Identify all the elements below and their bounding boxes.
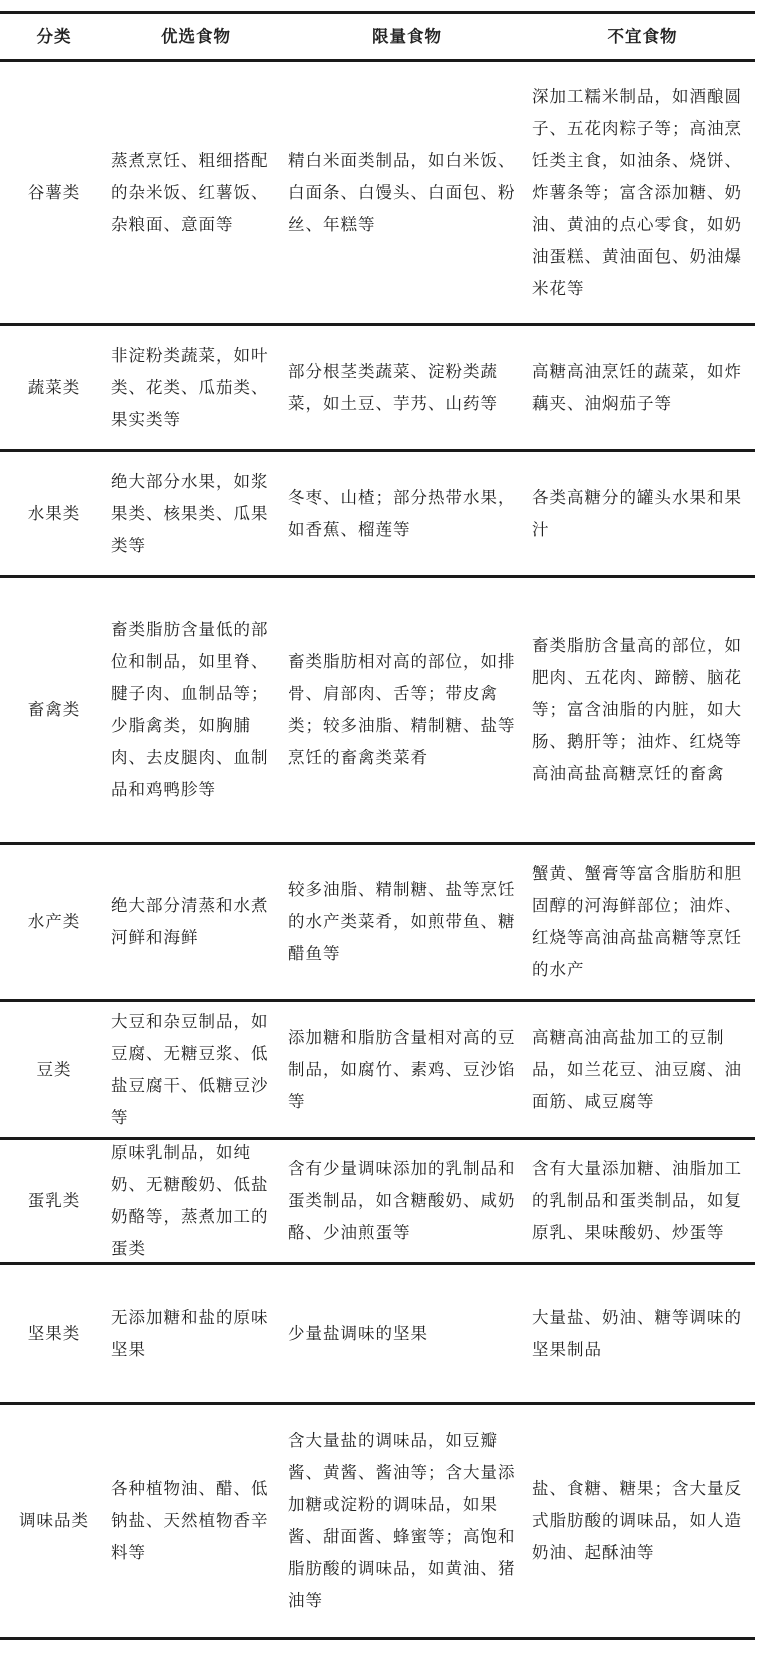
avoid-cell: 高糖高油烹饪的蔬菜，如炸藕夹、油焖茄子等 <box>530 356 755 420</box>
limited-cell: 少量盐调味的坚果 <box>284 1318 530 1350</box>
preferred-cell: 绝大部分清蒸和水煮河鲜和海鲜 <box>108 890 284 954</box>
avoid-cell: 蟹黄、蟹膏等富含脂肪和胆固醇的河海鲜部位；油炸、红烧等高油高盐高糖等烹饪的水产 <box>530 858 755 986</box>
category-cell: 谷薯类 <box>0 177 108 209</box>
header-category: 分类 <box>0 21 108 53</box>
avoid-cell: 深加工糯米制品，如酒酿圆子、五花肉粽子等；高油烹饪类主食，如油条、烧饼、炸薯条等… <box>530 81 755 305</box>
category-cell: 调味品类 <box>0 1505 108 1537</box>
limited-cell: 冬枣、山楂；部分热带水果，如香蕉、榴莲等 <box>284 482 530 546</box>
header-avoid: 不宜食物 <box>530 21 755 53</box>
limited-cell: 畜类脂肪相对高的部位，如排骨、肩部肉、舌等；带皮禽类；较多油脂、精制糖、盐等烹饪… <box>284 646 530 774</box>
limited-cell: 添加糖和脂肪含量相对高的豆制品，如腐竹、素鸡、豆沙馅等 <box>284 1022 530 1118</box>
avoid-cell: 畜类脂肪含量高的部位，如肥肉、五花肉、蹄髈、脑花等；富含油脂的内脏，如大肠、鹅肝… <box>530 630 755 790</box>
preferred-cell: 原味乳制品，如纯奶、无糖酸奶、低盐奶酪等，蒸煮加工的蛋类 <box>108 1137 284 1265</box>
food-guide-table: 分类 优选食物 限量食物 不宜食物 谷薯类蒸煮烹饪、粗细搭配的杂米饭、红薯饭、杂… <box>0 11 755 1640</box>
category-cell: 蔬菜类 <box>0 372 108 404</box>
header-limited: 限量食物 <box>284 21 530 53</box>
table-row: 豆类大豆和杂豆制品，如豆腐、无糖豆浆、低盐豆腐干、低糖豆沙等添加糖和脂肪含量相对… <box>0 1002 755 1140</box>
table-row: 蔬菜类非淀粉类蔬菜，如叶类、花类、瓜茄类、果实类等部分根茎类蔬菜、淀粉类蔬菜，如… <box>0 326 755 452</box>
header-preferred: 优选食物 <box>108 21 284 53</box>
avoid-cell: 含有大量添加糖、油脂加工的乳制品和蛋类制品，如复原乳、果味酸奶、炒蛋等 <box>530 1153 755 1249</box>
preferred-cell: 各种植物油、醋、低钠盐、天然植物香辛料等 <box>108 1473 284 1569</box>
avoid-cell: 高糖高油高盐加工的豆制品，如兰花豆、油豆腐、油面筋、咸豆腐等 <box>530 1022 755 1118</box>
limited-cell: 精白米面类制品，如白米饭、白面条、白馒头、白面包、粉丝、年糕等 <box>284 145 530 241</box>
limited-cell: 含有少量调味添加的乳制品和蛋类制品，如含糖酸奶、咸奶酪、少油煎蛋等 <box>284 1153 530 1249</box>
preferred-cell: 绝大部分水果，如浆果类、核果类、瓜果类等 <box>108 466 284 562</box>
limited-cell: 部分根茎类蔬菜、淀粉类蔬菜，如土豆、芋艿、山药等 <box>284 356 530 420</box>
preferred-cell: 大豆和杂豆制品，如豆腐、无糖豆浆、低盐豆腐干、低糖豆沙等 <box>108 1006 284 1134</box>
preferred-cell: 蒸煮烹饪、粗细搭配的杂米饭、红薯饭、杂粮面、意面等 <box>108 145 284 241</box>
category-cell: 豆类 <box>0 1054 108 1086</box>
preferred-cell: 非淀粉类蔬菜，如叶类、花类、瓜茄类、果实类等 <box>108 340 284 436</box>
table-row: 畜禽类畜类脂肪含量低的部位和制品，如里脊、腱子肉、血制品等；少脂禽类，如胸脯肉、… <box>0 578 755 845</box>
table-row: 调味品类各种植物油、醋、低钠盐、天然植物香辛料等含大量盐的调味品，如豆瓣酱、黄酱… <box>0 1405 755 1640</box>
table-row: 蛋乳类原味乳制品，如纯奶、无糖酸奶、低盐奶酪等，蒸煮加工的蛋类含有少量调味添加的… <box>0 1140 755 1265</box>
preferred-cell: 畜类脂肪含量低的部位和制品，如里脊、腱子肉、血制品等；少脂禽类，如胸脯肉、去皮腿… <box>108 614 284 806</box>
table-row: 水产类绝大部分清蒸和水煮河鲜和海鲜较多油脂、精制糖、盐等烹饪的水产类菜肴，如煎带… <box>0 845 755 1002</box>
table-row: 坚果类无添加糖和盐的原味坚果少量盐调味的坚果大量盐、奶油、糖等调味的坚果制品 <box>0 1265 755 1405</box>
table-row: 谷薯类蒸煮烹饪、粗细搭配的杂米饭、红薯饭、杂粮面、意面等精白米面类制品，如白米饭… <box>0 62 755 326</box>
category-cell: 畜禽类 <box>0 694 108 726</box>
avoid-cell: 盐、食糖、糖果；含大量反式脂肪酸的调味品，如人造奶油、起酥油等 <box>530 1473 755 1569</box>
table-header: 分类 优选食物 限量食物 不宜食物 <box>0 11 755 62</box>
category-cell: 水产类 <box>0 906 108 938</box>
category-cell: 坚果类 <box>0 1318 108 1350</box>
category-cell: 水果类 <box>0 498 108 530</box>
category-cell: 蛋乳类 <box>0 1185 108 1217</box>
preferred-cell: 无添加糖和盐的原味坚果 <box>108 1302 284 1366</box>
limited-cell: 较多油脂、精制糖、盐等烹饪的水产类菜肴，如煎带鱼、糖醋鱼等 <box>284 874 530 970</box>
avoid-cell: 各类高糖分的罐头水果和果汁 <box>530 482 755 546</box>
limited-cell: 含大量盐的调味品，如豆瓣酱、黄酱、酱油等；含大量添加糖或淀粉的调味品，如果酱、甜… <box>284 1425 530 1617</box>
table-row: 水果类绝大部分水果，如浆果类、核果类、瓜果类等冬枣、山楂；部分热带水果，如香蕉、… <box>0 452 755 578</box>
avoid-cell: 大量盐、奶油、糖等调味的坚果制品 <box>530 1302 755 1366</box>
